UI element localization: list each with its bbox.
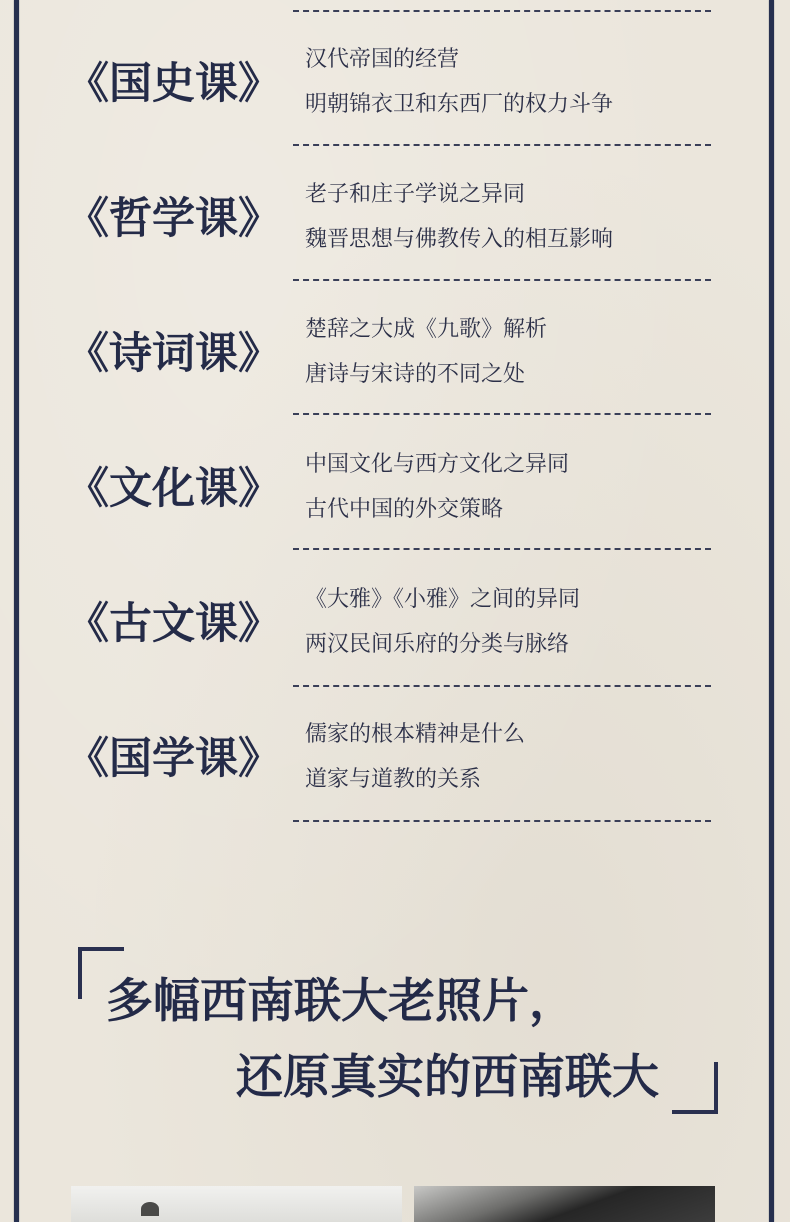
course-title: 《古文课》 <box>66 590 276 651</box>
divider <box>293 144 711 146</box>
course-topic: 中国文化与西方文化之异同 <box>305 447 569 478</box>
course-topic: 道家与道教的关系 <box>305 762 481 793</box>
course-topic: 魏晋思想与佛教传入的相互影响 <box>305 222 613 253</box>
course-topic: 楚辞之大成《九歌》解析 <box>305 312 547 343</box>
old-photo-left <box>71 1186 402 1222</box>
course-title: 《哲学课》 <box>66 185 276 246</box>
divider <box>293 820 711 822</box>
right-border-line <box>769 0 774 1222</box>
course-topic: 《大雅》《小雅》之间的异同 <box>305 582 580 613</box>
divider <box>293 548 711 550</box>
divider <box>293 10 711 12</box>
course-topic: 汉代帝国的经营 <box>305 42 459 73</box>
course-title: 《文化课》 <box>66 455 276 516</box>
divider <box>293 685 711 687</box>
course-title: 《国史课》 <box>66 50 276 111</box>
course-title: 《国学课》 <box>66 725 276 786</box>
close-corner-bracket-icon <box>672 1062 718 1114</box>
course-topic: 唐诗与宋诗的不同之处 <box>305 357 525 388</box>
course-topic: 古代中国的外交策略 <box>305 492 503 523</box>
photo-figure <box>141 1202 159 1216</box>
course-title: 《诗词课》 <box>66 320 276 381</box>
course-topic: 两汉民间乐府的分类与脉络 <box>305 627 569 658</box>
old-photo-right <box>414 1186 715 1222</box>
divider <box>293 413 711 415</box>
headline-line2: 还原真实的西南联大 <box>236 1040 659 1107</box>
left-border-line <box>14 0 19 1222</box>
course-topic: 明朝锦衣卫和东西厂的权力斗争 <box>305 87 613 118</box>
divider <box>293 279 711 281</box>
course-topic: 老子和庄子学说之异同 <box>305 177 525 208</box>
headline-line1: 多幅西南联大老照片， <box>106 964 576 1031</box>
course-topic: 儒家的根本精神是什么 <box>305 717 525 748</box>
